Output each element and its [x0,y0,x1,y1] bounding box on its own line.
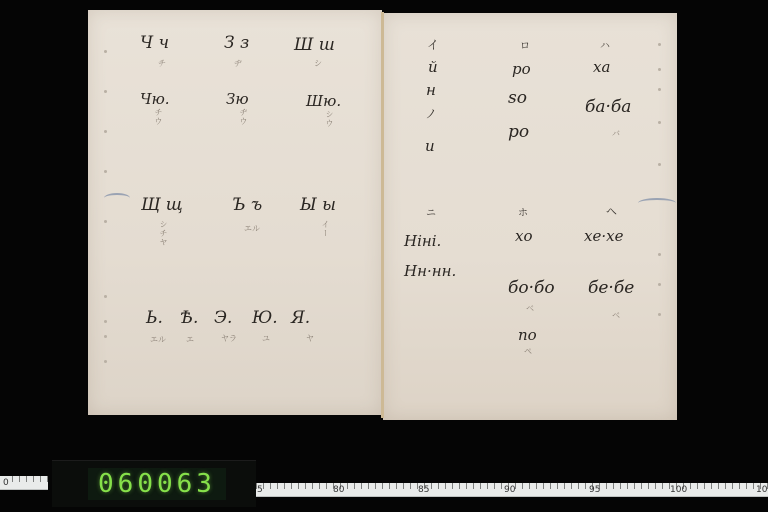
cyrillic-letter: Ъ ъ [232,195,262,215]
cyrillic-letter: Я. [291,308,310,328]
katakana-note: ヂ [234,58,242,69]
ruler-label: 90 [504,485,515,495]
counter-digits: 060063 [88,468,226,500]
katakana-note: チ [158,58,166,69]
katakana-note: エル [150,334,166,345]
ruler-label: 85 [418,485,429,495]
cyrillic-syllable: ѕо [508,88,527,108]
cyrillic-syllable: ро [512,60,531,78]
paper-tear-left [104,193,130,203]
cyrillic-letter: и [425,137,435,155]
katakana-note: ヤ [306,333,314,344]
katakana-note: エ [186,334,194,345]
katakana-note: ペ [524,346,532,357]
cyrillic-syllable: хе·хе [584,227,623,245]
cyrillic-syllable: Чю. [140,90,170,108]
katakana-note: イー [320,220,331,238]
cyrillic-syllable: ба·ба [585,97,631,117]
katakana-heading: ホ [518,204,528,219]
cyrillic-letter: З з [224,33,249,53]
cyrillic-letter: Ь. [146,308,163,328]
ruler-label: 10 [756,485,767,495]
katakana-note: バ [612,128,620,139]
katakana-heading: ノ [425,105,437,122]
cyrillic-letter: н [426,81,436,99]
katakana-heading: ハ [600,37,610,52]
cyrillic-syllable: ро [508,122,529,142]
cyrillic-syllable: бо·бо [508,278,555,298]
cyrillic-syllable: ха [593,58,610,76]
katakana-note: シ [314,58,322,69]
katakana-note: ヤラ [221,333,237,344]
binding-holes-left [104,10,108,410]
cyrillic-letter: Ч ч [140,33,169,53]
katakana-note: チウ [153,108,164,126]
ruler-label: 95 [589,485,600,495]
ruler-label: 100 [670,485,687,495]
katakana-note: シウ [324,110,335,128]
katakana-note: エル [244,223,260,234]
cyrillic-letter: Ш ш [294,35,335,55]
frame-counter: 060063 [52,460,256,507]
cyrillic-letter: Щ щ [141,195,183,215]
cyrillic-syllable: Нн·нн. [404,262,456,280]
cyrillic-letter: Ы ы [300,195,336,215]
cyrillic-syllable: хо [515,227,533,245]
cyrillic-letter: Ѣ. [180,308,198,328]
measuring-ruler-right: 5 80 85 90 95 100 10 [256,483,768,497]
katakana-note: ベ [612,310,620,321]
ruler-label: 0 [3,478,9,488]
ruler-label: 80 [333,485,344,495]
cyrillic-letter: Э. [214,308,232,328]
ruler-label: 5 [257,485,263,495]
measuring-ruler-left: 0 [0,476,48,490]
book-gutter [381,12,384,418]
cyrillic-syllable: Зю [226,90,249,108]
katakana-heading: イ [427,36,439,53]
katakana-heading: ニ [426,204,436,219]
cyrillic-letter: й [428,58,438,76]
katakana-note: ヂウ [238,108,249,126]
cyrillic-syllable: по [518,326,537,344]
cyrillic-syllable: бе·бе [588,278,634,298]
cyrillic-syllable: Шю. [306,92,341,110]
katakana-heading: ヘ [606,203,617,219]
katakana-note: シチヤ [158,220,169,247]
katakana-note: ベ [526,303,534,314]
katakana-note: ユ [262,333,270,344]
cyrillic-letter: Ю. [252,308,278,328]
katakana-heading: ロ [520,37,530,52]
paper-tear-right [638,198,676,208]
binding-holes-right [658,13,662,413]
cyrillic-syllable: Ніні. [404,232,441,250]
